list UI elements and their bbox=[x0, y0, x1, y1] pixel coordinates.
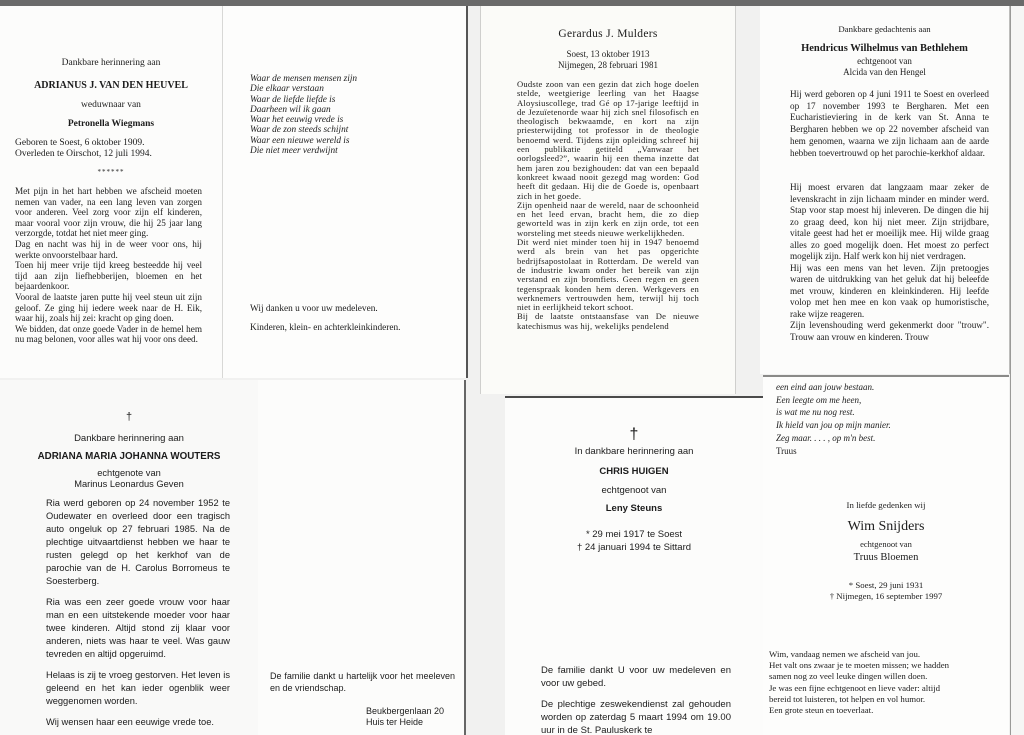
card-intro: Dankbare herinnering aan bbox=[0, 433, 258, 444]
body-paragraph: Zijn openheid naar de wereld, naar de sc… bbox=[517, 201, 699, 238]
service-notice: De plechtige zeswekendienst zal gehouden… bbox=[541, 698, 731, 735]
body-paragraph: Dit werd niet minder toen hij in 1947 be… bbox=[517, 238, 699, 312]
body-paragraph: Bij de laatste ontstaansfase van De nieu… bbox=[517, 312, 699, 331]
card-body: Hij moest ervaren dat langzaam maar zeke… bbox=[790, 182, 989, 343]
card-wouters-back: De familie dankt u hartelijk voor het me… bbox=[258, 380, 466, 735]
body-paragraph: Hij moest ervaren dat langzaam maar zeke… bbox=[790, 182, 989, 263]
address-street: Beukbergenlaan 20 bbox=[366, 706, 444, 717]
ornament: ****** bbox=[0, 168, 222, 176]
relation-label: echtgenoot van bbox=[760, 56, 1009, 66]
cross-icon: † bbox=[505, 426, 763, 444]
card-intro: In liefde gedenken wij bbox=[763, 500, 1009, 510]
poem-line: Waar de mensen mensen zijn bbox=[250, 74, 466, 84]
card-heuvel-front: Dankbare herinnering aan ADRIANUS J. VAN… bbox=[0, 6, 222, 378]
birth-line: * Soest, 29 juni 1931 bbox=[763, 580, 1009, 590]
poem-line: Daarheen wil ik gaan bbox=[250, 105, 466, 115]
card-intro: Dankbare herinnering aan bbox=[0, 58, 222, 68]
relation-label: weduwnaar van bbox=[0, 100, 222, 110]
thanks-line: De familie dankt u hartelijk voor het me… bbox=[270, 670, 455, 694]
body-paragraph: Zijn levenshouding werd gekenmerkt door … bbox=[790, 320, 989, 343]
card-bethlehem: Dankbare gedachtenis aan Hendricus Wilhe… bbox=[760, 6, 1010, 374]
card-body: Oudste zoon van een gezin dat zich hoge … bbox=[517, 80, 699, 331]
poem-line: Waar de liefde liefde is bbox=[250, 95, 466, 105]
cross-icon: † bbox=[0, 411, 258, 423]
body-paragraph: Met pijn in het hart hebben we afscheid … bbox=[15, 186, 202, 239]
body-line: bereid tot luisteren, tot helpen en vol … bbox=[769, 694, 949, 705]
deceased-name: Gerardus J. Mulders bbox=[481, 28, 735, 40]
poem-signature: Truus bbox=[776, 446, 1009, 456]
poem-line: Zeg maar. . . . , op m'n best. bbox=[776, 432, 1009, 445]
deceased-name: ADRIANA MARIA JOHANNA WOUTERS bbox=[0, 451, 258, 462]
card-poem: een eind aan jouw bestaan.Een leegte om … bbox=[776, 381, 1009, 445]
relation-label: echtgenoot van bbox=[505, 485, 763, 496]
spouse-name: Petronella Wiegmans bbox=[0, 119, 222, 129]
death-line: Nijmegen, 28 februari 1981 bbox=[481, 60, 735, 70]
spouse-name: Truus Bloemen bbox=[763, 552, 1009, 563]
birth-line: Soest, 13 oktober 1913 bbox=[481, 49, 735, 59]
card-wouters-front: † Dankbare herinnering aan ADRIANA MARIA… bbox=[0, 380, 258, 735]
card-body-intro: Hij werd geboren op 4 juni 1911 te Soest… bbox=[790, 89, 989, 159]
deceased-name: ADRIANUS J. VAN DEN HEUVEL bbox=[0, 80, 222, 91]
poem-line: Ik hield van jou op mijn manier. bbox=[776, 419, 1009, 432]
deceased-name: Wim Snijders bbox=[763, 519, 1009, 535]
body-paragraph: Helaas is zij te vroeg gestorven. Het le… bbox=[46, 669, 230, 708]
body-line: Wim, vandaag nemen we afscheid van jou. bbox=[769, 649, 949, 660]
thanks-line: Wij danken u voor uw medeleven. bbox=[250, 304, 378, 314]
card-mulders: Gerardus J. Mulders Soest, 13 oktober 19… bbox=[480, 6, 736, 394]
birth-line: Geboren te Soest, 6 oktober 1909. bbox=[15, 138, 222, 149]
body-paragraph: Wij wensen haar een eeuwige vrede toe. bbox=[46, 716, 230, 729]
death-line: Overleden te Oirschot, 12 juli 1994. bbox=[15, 149, 222, 160]
thanks-line: De familie dankt U voor uw medeleven en … bbox=[541, 664, 731, 690]
relation-label: echtgenoot van bbox=[763, 539, 1009, 549]
card-heuvel-back: Waar de mensen mensen zijnDie elkaar ver… bbox=[222, 6, 468, 378]
spouse-name: Marinus Leonardus Geven bbox=[0, 479, 258, 489]
poem-line: een eind aan jouw bestaan. bbox=[776, 381, 1009, 394]
card-body: Met pijn in het hart hebben we afscheid … bbox=[15, 186, 202, 345]
signature-line: Kinderen, klein- en achterkleinkinderen. bbox=[250, 323, 401, 333]
deceased-name: CHRIS HUIGEN bbox=[505, 466, 763, 477]
body-paragraph: Hij was een mens van het leven. Zijn pre… bbox=[790, 263, 989, 321]
birth-line: * 29 mei 1917 te Soest bbox=[505, 529, 763, 540]
poem-line: Die niet meer verdwijnt bbox=[250, 146, 466, 156]
death-line: † 24 januari 1994 te Sittard bbox=[505, 542, 763, 553]
body-paragraph: Vooral de laatste jaren putte hij veel s… bbox=[15, 292, 202, 324]
body-line: Het valt ons zwaar je te moeten missen; … bbox=[769, 660, 949, 671]
body-line: Een grote steun en toeverlaat. bbox=[769, 705, 949, 716]
death-line: † Nijmegen, 16 september 1997 bbox=[763, 591, 1009, 601]
poem-line: Waar een nieuwe wereld is bbox=[250, 136, 466, 146]
body-paragraph: Dag en nacht was hij in de weer voor ons… bbox=[15, 239, 202, 260]
card-huigen: † In dankbare herinnering aan CHRIS HUIG… bbox=[505, 396, 763, 735]
body-paragraph: We bidden, dat onze goede Vader in de he… bbox=[15, 324, 202, 345]
spouse-name: Leny Steuns bbox=[505, 503, 763, 514]
address-city: Huis ter Heide bbox=[366, 717, 444, 728]
body-paragraph: Ria werd geboren op 24 november 1952 te … bbox=[46, 497, 230, 588]
body-line: Je was een fijne echtgenoot en lieve vad… bbox=[769, 683, 949, 694]
body-paragraph: Toen hij meer vrije tijd kreeg besteedde… bbox=[15, 260, 202, 292]
spouse-name: Alcida van den Hengel bbox=[760, 67, 1009, 77]
card-snijders: een eind aan jouw bestaan.Een leegte om … bbox=[763, 375, 1009, 735]
card-intro: Dankbare gedachtenis aan bbox=[760, 24, 1009, 34]
poem-line: Die elkaar verstaan bbox=[250, 84, 466, 94]
card-body: Ria werd geboren op 24 november 1952 te … bbox=[46, 497, 230, 729]
card-intro: In dankbare herinnering aan bbox=[505, 446, 763, 457]
deceased-name: Hendricus Wilhelmus van Bethlehem bbox=[760, 43, 1009, 54]
poem-line: Een leegte om me heen, bbox=[776, 394, 1009, 407]
body-line: samen nog zo veel leuke dingen willen do… bbox=[769, 671, 949, 682]
poem-line: Waar het eeuwig vrede is bbox=[250, 115, 466, 125]
body-paragraph: Ria was een zeer goede vrouw voor haar m… bbox=[46, 596, 230, 661]
card-poem: Waar de mensen mensen zijnDie elkaar ver… bbox=[250, 74, 466, 156]
poem-line: Waar de zon steeds schijnt bbox=[250, 125, 466, 135]
card-body: Wim, vandaag nemen we afscheid van jou.H… bbox=[769, 649, 949, 716]
body-paragraph: Oudste zoon van een gezin dat zich hoge … bbox=[517, 80, 699, 201]
adjacent-card-edge bbox=[1010, 6, 1024, 735]
poem-line: is wat me nu nog rest. bbox=[776, 406, 1009, 419]
relation-label: echtgenote van bbox=[0, 468, 258, 478]
